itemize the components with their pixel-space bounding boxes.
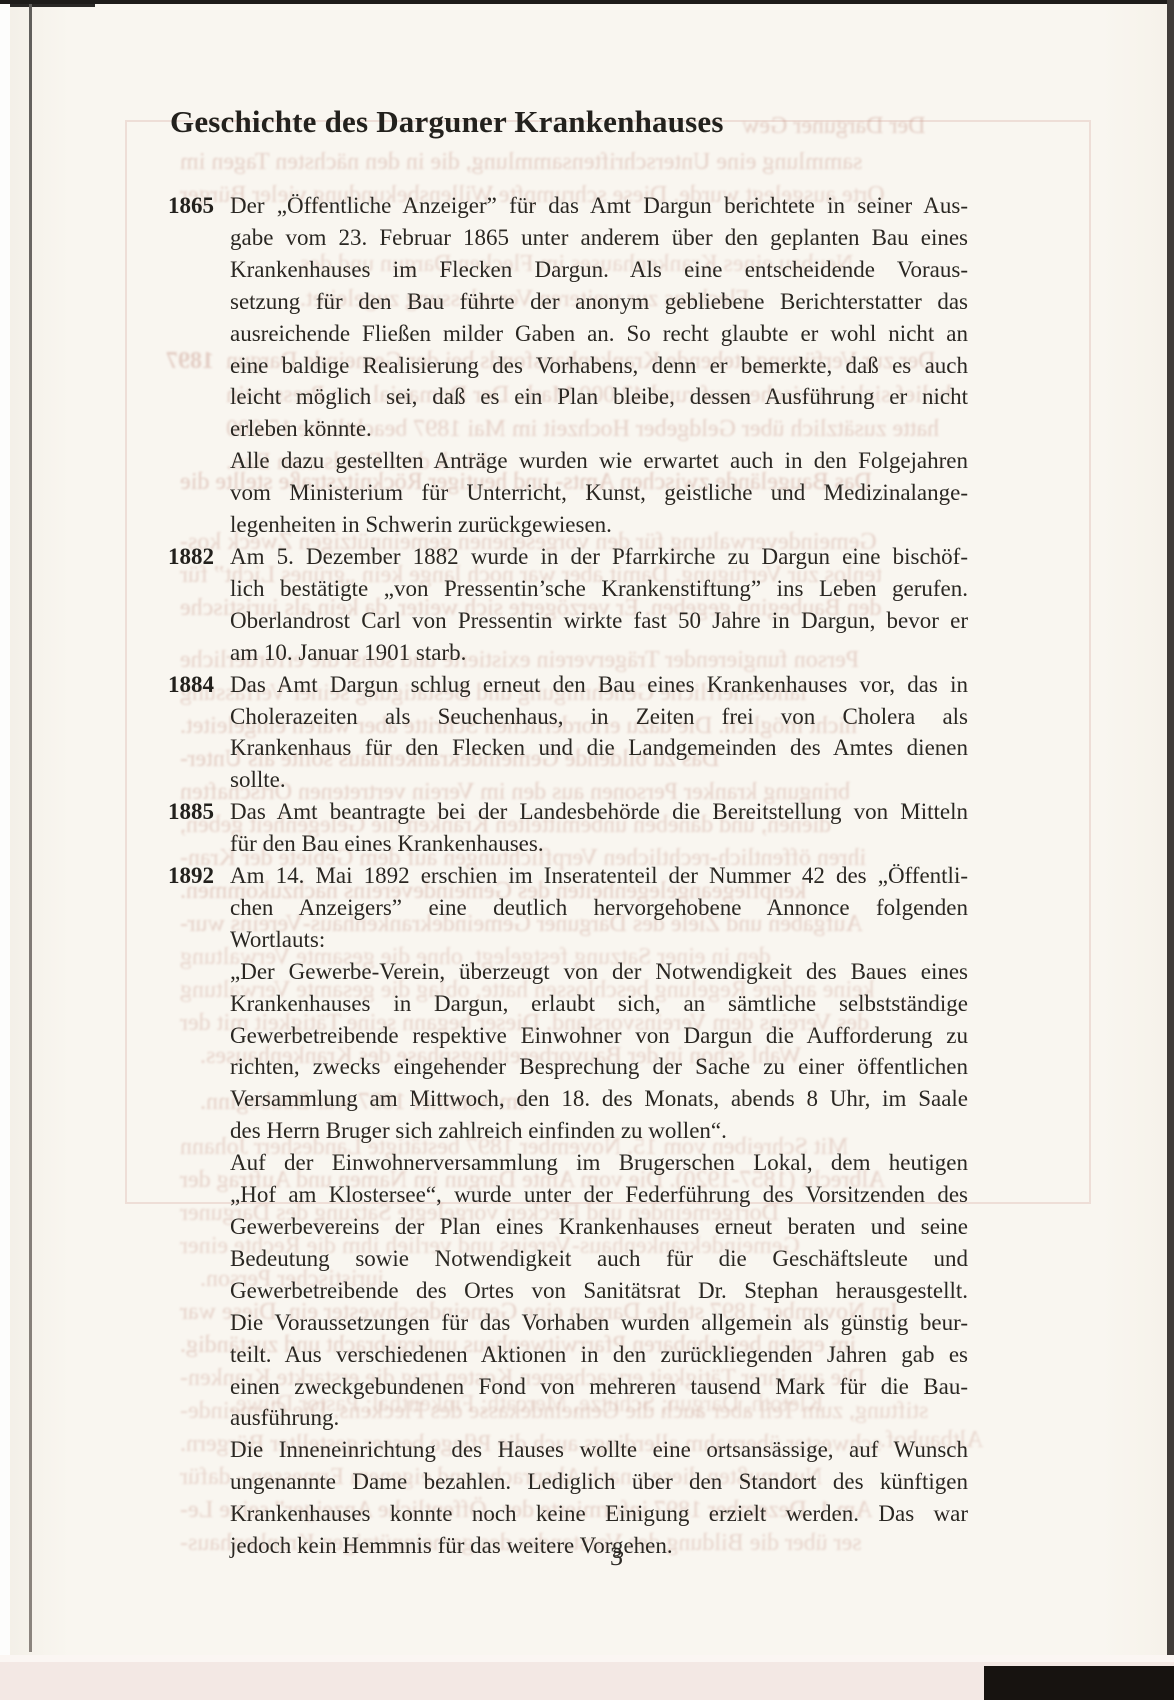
text-line: erleben könnte.	[230, 413, 968, 445]
text-line: Cholerazeiten als Seuchenhaus, in Zeiten…	[230, 701, 968, 733]
scanned-book-page: Der Darguner Gewsammlung eine Unterschri…	[0, 0, 1174, 1700]
paragraph: 1882Am 5. Dezember 1882 wurde in der Pfa…	[168, 541, 968, 669]
content-layer: Geschichte des Darguner Krankenhauses 18…	[0, 0, 1174, 1700]
text-line: Krankenhauses in Dargun, erlaubt sich, a…	[230, 988, 968, 1020]
page-number: 3	[610, 1542, 623, 1572]
text-line: „Hof am Klostersee“, wurde unter der Fed…	[230, 1179, 968, 1211]
text-line: chen Anzeigers” eine deutlich hervorgeho…	[230, 892, 968, 924]
text-line: lich bestätigte „von Pressentin’sche Kra…	[230, 573, 968, 605]
text-line: ausführung.	[230, 1402, 968, 1434]
text-line: Wortlauts:	[230, 924, 968, 956]
text-line: einen zweckgebundenen Fond von mehreren …	[230, 1371, 968, 1403]
year-label: 1884	[168, 669, 214, 701]
text-line: Am 5. Dezember 1882 wurde in der Pfarrki…	[230, 541, 968, 573]
text-line: am 10. Januar 1901 starb.	[230, 637, 968, 669]
text-line: des Herrn Bruger sich zahlreich einfinde…	[230, 1115, 968, 1147]
text-line: leicht möglich sei, daß es ein Plan blei…	[230, 381, 968, 413]
paragraph: 1884Das Amt Dargun schlug erneut den Bau…	[168, 669, 968, 797]
body-text: 1865Der „Öffentliche Anzeiger” für das A…	[168, 190, 968, 1562]
text-line: Das Amt Dargun schlug erneut den Bau ein…	[230, 669, 968, 701]
text-line: Gewerbetreibende des Ortes von Sanitätsr…	[230, 1275, 968, 1307]
paragraph: 1892Am 14. Mai 1892 erschien im Inserate…	[168, 860, 968, 956]
text-line: Alle dazu gestellten Anträge wurden wie …	[230, 445, 968, 477]
text-line: Das Amt beantragte bei der Landesbehörde…	[230, 796, 968, 828]
paragraph: 1885Das Amt beantragte bei der Landesbeh…	[168, 796, 968, 860]
text-line: setzung für den Bau führte der anonym ge…	[230, 286, 968, 318]
text-line: Der „Öffentliche Anzeiger” für das Amt D…	[230, 190, 968, 222]
text-line: Versammlung am Mittwoch, den 18. des Mon…	[230, 1083, 968, 1115]
text-line: Auf der Einwohnerversammlung im Brugersc…	[230, 1147, 968, 1179]
text-line: richten, zwecks eingehender Besprechung …	[230, 1051, 968, 1083]
text-line: Bedeutung sowie Notwendigkeit auch für d…	[230, 1243, 968, 1275]
text-line: ungenannte Dame bezahlen. Lediglich über…	[230, 1466, 968, 1498]
text-line: Die Inneneinrichtung des Hauses wollte e…	[230, 1434, 968, 1466]
text-line: ausreichende Fließen milder Gaben an. So…	[230, 318, 968, 350]
text-line: gabe vom 23. Februar 1865 unter anderem …	[230, 222, 968, 254]
text-line: sollte.	[230, 764, 968, 796]
year-label: 1885	[168, 796, 214, 828]
paragraph: Alle dazu gestellten Anträge wurden wie …	[168, 445, 968, 541]
paragraph: Die Inneneinrichtung des Hauses wollte e…	[168, 1434, 968, 1562]
text-line: Gewerbevereins der Plan eines Krankenhau…	[230, 1211, 968, 1243]
year-label: 1865	[168, 190, 214, 222]
text-line: vom Ministerium für Unterricht, Kunst, g…	[230, 477, 968, 509]
text-line: „Der Gewerbe-Verein, überzeugt von der N…	[230, 956, 968, 988]
year-label: 1892	[168, 860, 214, 892]
text-line: Krankenhaus für den Flecken und die Land…	[230, 732, 968, 764]
paragraph: „Der Gewerbe-Verein, überzeugt von der N…	[168, 956, 968, 1147]
text-line: Oberlandrost Carl von Pressentin wirkte …	[230, 605, 968, 637]
text-line: Gewerbetreibende respektive Einwohner vo…	[230, 1020, 968, 1052]
text-line: Am 14. Mai 1892 erschien im Inseratentei…	[230, 860, 968, 892]
page-title: Geschichte des Darguner Krankenhauses	[170, 104, 724, 140]
year-label: 1882	[168, 541, 214, 573]
paragraph: Auf der Einwohnerversammlung im Brugersc…	[168, 1147, 968, 1434]
text-line: teilt. Aus verschiedenen Aktionen in den…	[230, 1339, 968, 1371]
text-line: Krankenhauses konnte noch keine Einigung…	[230, 1498, 968, 1530]
text-line: Krankenhauses im Flecken Dargun. Als ein…	[230, 254, 968, 286]
text-line: Die Voraussetzungen für das Vorhaben wur…	[230, 1307, 968, 1339]
text-line: legenheiten in Schwerin zurückgewiesen.	[230, 509, 968, 541]
text-line: eine baldige Realisierung des Vorhabens,…	[230, 350, 968, 382]
text-line: jedoch kein Hemmnis für das weitere Vorg…	[230, 1530, 968, 1562]
text-line: für den Bau eines Krankenhauses.	[230, 828, 968, 860]
paragraph: 1865Der „Öffentliche Anzeiger” für das A…	[168, 190, 968, 445]
